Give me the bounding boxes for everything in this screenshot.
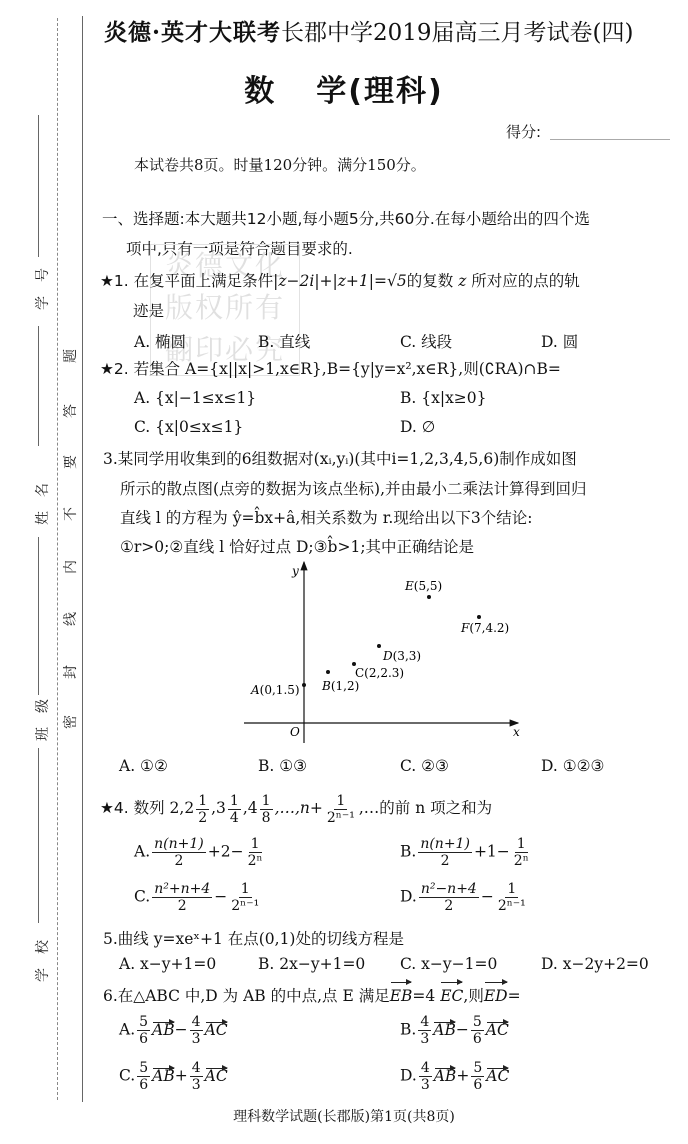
q2-option-a[interactable]: A. {x|−1≤x≤1} xyxy=(134,389,256,407)
field-line xyxy=(38,326,39,446)
subject-title: 数学(理科) xyxy=(0,66,688,110)
q5-option-d[interactable]: D. x−2y+2=0 xyxy=(541,955,649,973)
seal-char: 密 xyxy=(60,714,80,730)
point-d-label: D(3,3) xyxy=(382,649,421,663)
seal-dotted-line xyxy=(57,18,58,1100)
y-axis-label: y xyxy=(291,564,299,578)
field-label-class: 班级 xyxy=(32,685,52,741)
score-field[interactable] xyxy=(550,139,670,140)
q2-option-d[interactable]: D. ∅ xyxy=(400,418,435,436)
q3-option-c[interactable]: C. ②③ xyxy=(400,757,449,775)
q4-option-b[interactable]: B.n(n+1)2+1−12ⁿ xyxy=(400,836,533,869)
q2-option-b[interactable]: B. {x|x≥0} xyxy=(400,389,487,407)
seal-solid-line xyxy=(82,16,83,1102)
q5-option-b[interactable]: B. 2x−y+1=0 xyxy=(258,955,365,973)
point-b xyxy=(326,670,330,674)
question-3-line3: 直线 l 的方程为 ŷ=b̂x+â,相关系数为 r.现给出以下3个结论: xyxy=(120,503,688,533)
point-a-label: A(0,1.5) xyxy=(250,683,300,697)
seal-char: 线 xyxy=(60,611,80,627)
exam-subtitle: 长郡中学2019届高三月考试卷(四) xyxy=(281,20,633,46)
seal-char: 要 xyxy=(60,454,80,470)
q3-option-d[interactable]: D. ①②③ xyxy=(541,757,604,775)
exam-note: 本试卷共8页。时量120分钟。满分150分。 xyxy=(134,154,426,175)
q6-option-a[interactable]: A.56AB−43AC xyxy=(119,1014,228,1047)
q3-option-a[interactable]: A. ①② xyxy=(119,757,168,775)
q6-option-d[interactable]: D.43AB+56AC xyxy=(400,1060,509,1093)
field-label-name: 姓名 xyxy=(32,469,52,525)
point-f xyxy=(477,615,481,619)
q6-option-c[interactable]: C.56AB+43AC xyxy=(119,1060,228,1093)
point-c-label: C(2,2.3) xyxy=(355,666,404,680)
point-e xyxy=(427,595,431,599)
question-3-line2: 所示的散点图(点旁的数据为该点坐标),并由最小二乘法计算得到回归 xyxy=(120,474,688,504)
question-1: ★1. 在复平面上满足条件|z−2i|+|z+1|=√5的复数 z 所对应的点的… xyxy=(100,266,685,296)
point-f-label: F(7,4.2) xyxy=(460,621,509,635)
question-2: ★2. 若集合 A={x||x|>1,x∈R},B={y|y=x²,x∈R},则… xyxy=(100,354,685,384)
score-label: 得分: xyxy=(506,121,541,142)
question-5: 5.曲线 y=xeˣ+1 在点(0,1)处的切线方程是 xyxy=(103,924,688,954)
question-6: 6.在△ABC 中,D 为 AB 的中点,点 E 满足EB=4 EC,则ED= xyxy=(103,981,688,1011)
scatter-plot: x y O A(0,1.5) B(1,2) C(2,2.3) D(3,3) E(… xyxy=(240,558,530,748)
field-label-school: 学校 xyxy=(32,926,52,982)
q4-option-d[interactable]: D.n²−n+42−12ⁿ⁻¹ xyxy=(400,881,530,914)
q1-option-a[interactable]: A. 椭圆 xyxy=(134,330,186,352)
q1-option-b[interactable]: B. 直线 xyxy=(258,330,310,352)
point-e-label: E(5,5) xyxy=(404,579,442,593)
section-title-cont: 项中,只有一项是符合题目要求的. xyxy=(126,234,688,264)
field-label-student-id: 学号 xyxy=(32,254,52,310)
seal-char: 答 xyxy=(60,403,80,419)
brand-name: 炎德·英才大联考 xyxy=(104,19,281,46)
q4-option-a[interactable]: A.n(n+1)2+2−12ⁿ xyxy=(134,836,267,869)
seal-char: 题 xyxy=(60,348,80,364)
question-1-cont: 迹是 xyxy=(133,296,688,326)
q5-option-c[interactable]: C. x−y−1=0 xyxy=(400,955,497,973)
question-4: ★4. 数列 2,212,314,418,…,n+12ⁿ⁻¹,…的前 n 项之和… xyxy=(100,790,685,826)
q2-option-c[interactable]: C. {x|0≤x≤1} xyxy=(134,418,243,436)
seal-char: 封 xyxy=(60,664,80,680)
q1-option-d[interactable]: D. 圆 xyxy=(541,330,578,352)
q3-option-b[interactable]: B. ①③ xyxy=(258,757,307,775)
origin-label: O xyxy=(290,725,300,739)
seal-char: 不 xyxy=(60,506,80,522)
point-a xyxy=(302,683,306,687)
section-title: 一、选择题:本大题共12小题,每小题5分,共60分.在每小题给出的四个选 xyxy=(102,204,682,234)
exam-title: 炎德·英才大联考长郡中学2019届高三月考试卷(四) xyxy=(104,14,684,47)
field-line xyxy=(38,748,39,923)
x-axis-label: x xyxy=(513,725,520,739)
page-footer: 理科数学试题(长郡版)第1页(共8页) xyxy=(0,1106,688,1126)
q1-option-c[interactable]: C. 线段 xyxy=(400,330,452,352)
question-3: 3.某同学用收集到的6组数据对(xᵢ,yᵢ)(其中i=1,2,3,4,5,6)制… xyxy=(103,444,688,474)
q4-option-c[interactable]: C.n²+n+42−12ⁿ⁻¹ xyxy=(134,881,263,914)
point-d xyxy=(377,644,381,648)
q5-option-a[interactable]: A. x−y+1=0 xyxy=(119,955,216,973)
seal-char: 内 xyxy=(60,559,80,575)
q6-option-b[interactable]: B.43AB−56AC xyxy=(400,1014,509,1047)
field-line xyxy=(38,537,39,695)
field-line xyxy=(38,115,39,257)
point-b-label: B(1,2) xyxy=(321,679,359,693)
